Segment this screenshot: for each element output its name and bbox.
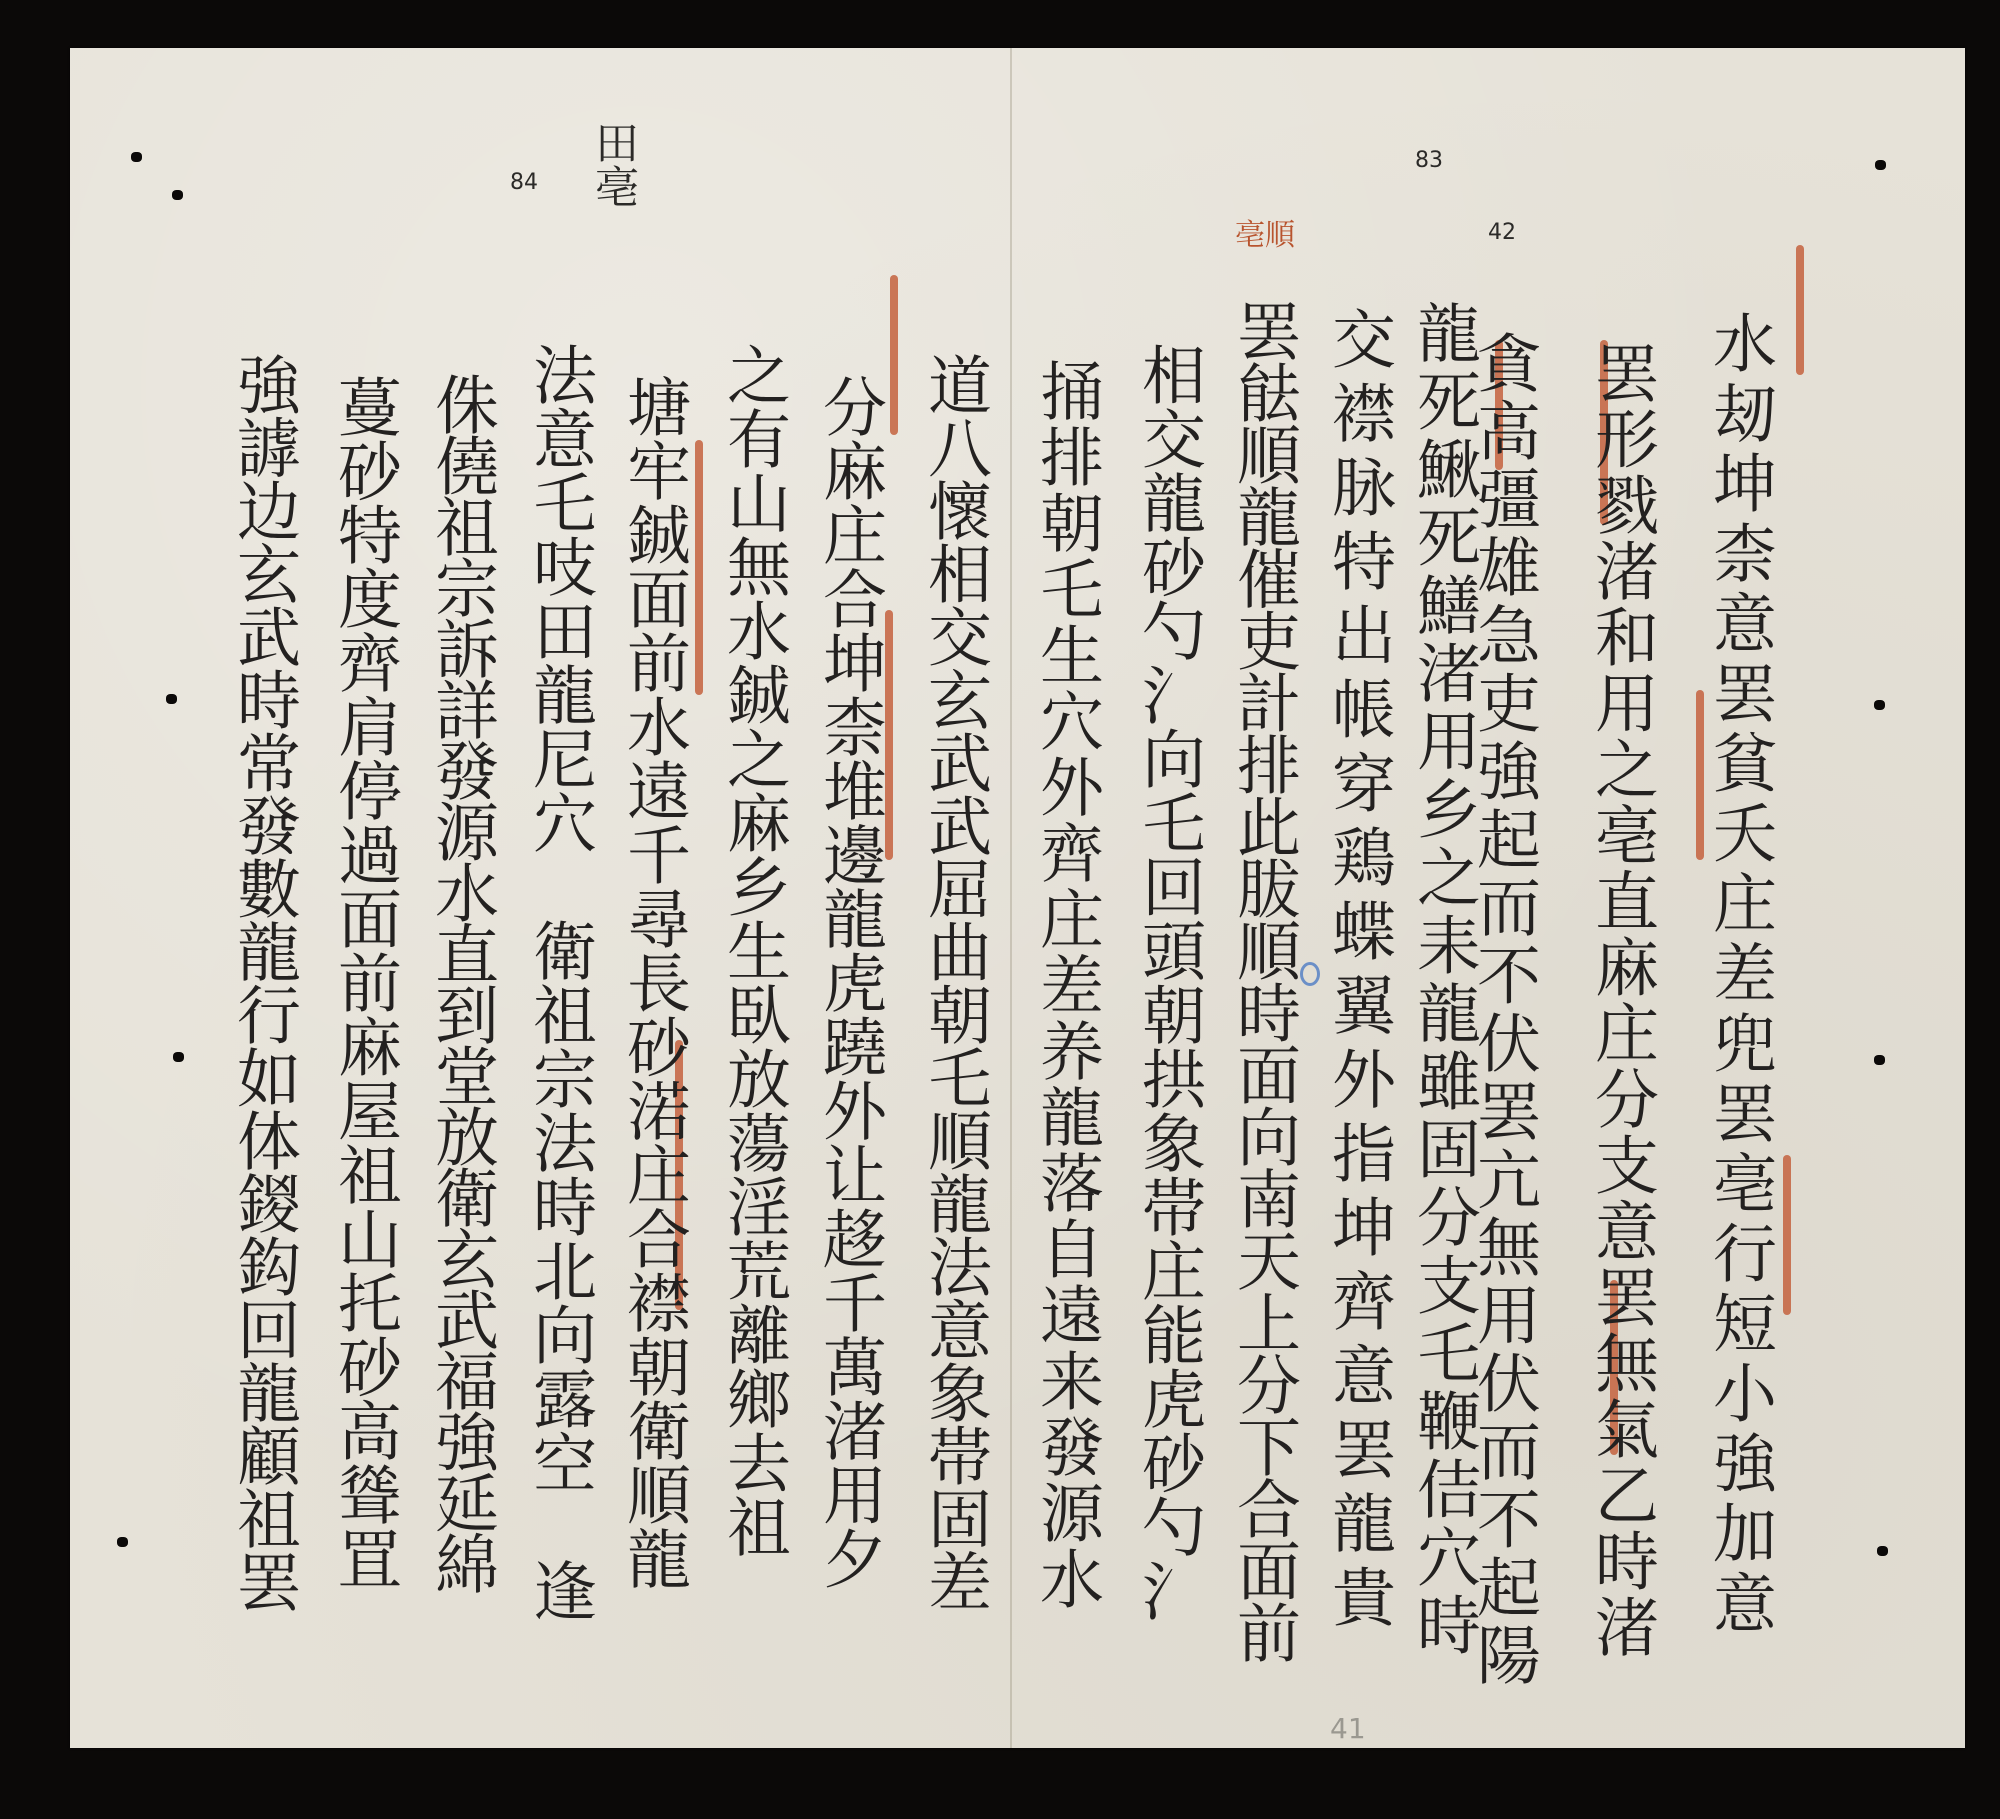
binding-hole [1875,160,1886,170]
text-column: 捅排朝乇生穴外齊庄差养龍落自遠来發源水 [1025,265,1107,1705]
red-marginal-note: 亳順 [1235,210,1295,254]
binding-hole [1877,1546,1888,1556]
left-page-number: 84 [510,170,538,195]
text-column: 分麻庄合坤柰堆邊龍虎蹺外让趍千萬渚用夕 [808,262,890,1702]
right-col-2: 罢形戮渚和用之亳直麻庄分支意罢無氣乙時渚 [1580,290,1662,1710]
left-col-6: 侏僥祖宗訴詳發源水直到堂放衛玄武福強延綿 [420,262,502,1702]
left-col-5: 法意乇吱田龍尼穴𧢱衛祖宗法時北向露空𧢱逢 [518,262,600,1702]
text-column: 法意乇吱田龍尼穴𧢱衛祖宗法時北向露空𧢱逢 [518,262,600,1702]
text-column: 塘牢鋮面前水遠千尋長砂渃庄合襟朝衛順龍 [612,262,694,1702]
right-col-6: 罢䏻順龍催吏計排此胈順時面向南天上分下合面前 [1222,260,1304,1700]
binding-hole [131,152,142,162]
right-col-7: 相交龍砂勺氵向乇回頭朝拱象帯庄能虎砂勺氵 [1127,262,1209,1702]
left-col-1: 道八懷相交玄武武屈曲朝乇順龍法意象帯固差 [913,262,995,1702]
center-fold [1010,48,1012,1748]
text-column: 侏僥祖宗訴詳發源水直到堂放衛玄武福強延綿 [420,262,502,1702]
text-column: 道八懷相交玄武武屈曲朝乇順龍法意象帯固差 [913,262,995,1702]
left-heading: 田亳 [580,120,644,208]
binding-hole [166,694,177,704]
binding-hole [173,1052,184,1062]
left-col-3: 之有山無水鋮之麻乡生臥放蕩淫荒離鄉去祖𠸗 [712,262,794,1702]
binding-hole [1874,1055,1885,1065]
text-column: 相交龍砂勺氵向乇回頭朝拱象帯庄能虎砂勺氵 [1127,262,1209,1702]
right-col-1: 水刼坤柰意罢貧夭庄差兜罢亳行短小強加意 [1698,265,1780,1685]
text-column: 強謼边玄武時常發數龍行如体鍐鈎回龍顧祖罢 [222,262,304,1702]
left-col-4: 塘牢鋮面前水遠千尋長砂渃庄合襟朝衛順龍 [612,262,694,1702]
binding-hole [117,1537,128,1547]
text-column: 罢形戮渚和用之亳直麻庄分支意罢無氣乙時渚 [1580,290,1662,1710]
right-col-5: 交襟脉特出帳穿鶏蝶翼外指坤齊意罢龍貴 [1317,262,1399,1682]
text-column: 之有山無水鋮之麻乡生臥放蕩淫荒離鄉去祖𠸗 [712,262,794,1702]
emphasis-bar [695,440,703,695]
left-col-8: 強謼边玄武時常發數龍行如体鍐鈎回龍顧祖罢 [222,262,304,1702]
right-col-8: 捅排朝乇生穴外齊庄差养龍落自遠来發源水 [1025,265,1107,1705]
right-col-4: 龍死鰍死鱔渚用乡之耒龍雖固分支乇鞭佶穴時 [1402,270,1484,1690]
left-col-7: 蔓砂特度齊肩停過面前麻屋祖山托砂高聳罝 [323,262,405,1702]
left-col-2: 分麻庄合坤柰堆邊龍虎蹺外让趍千萬渚用夕 [808,262,890,1702]
bottom-pencil-folio: 41 [1330,1712,1366,1745]
emphasis-bar [1783,1155,1791,1315]
text-column: 蔓砂特度齊肩停過面前麻屋祖山托砂高聳罝 [323,262,405,1702]
text-column: 罢䏻順龍催吏計排此胈順時面向南天上分下合面前 [1222,260,1304,1700]
text-column: 龍死鰍死鱔渚用乡之耒龍雖固分支乇鞭佶穴時 [1402,270,1484,1690]
binding-hole [1874,700,1885,710]
binding-hole [172,190,183,200]
text-column: 水刼坤柰意罢貧夭庄差兜罢亳行短小強加意 [1698,265,1780,1685]
emphasis-bar [1796,245,1804,375]
emphasis-bar [890,275,898,435]
text-column: 交襟脉特出帳穿鶏蝶翼外指坤齊意罢龍貴 [1317,262,1399,1682]
right-page-number: 83 [1415,148,1443,173]
right-folio-number: 42 [1488,220,1516,245]
